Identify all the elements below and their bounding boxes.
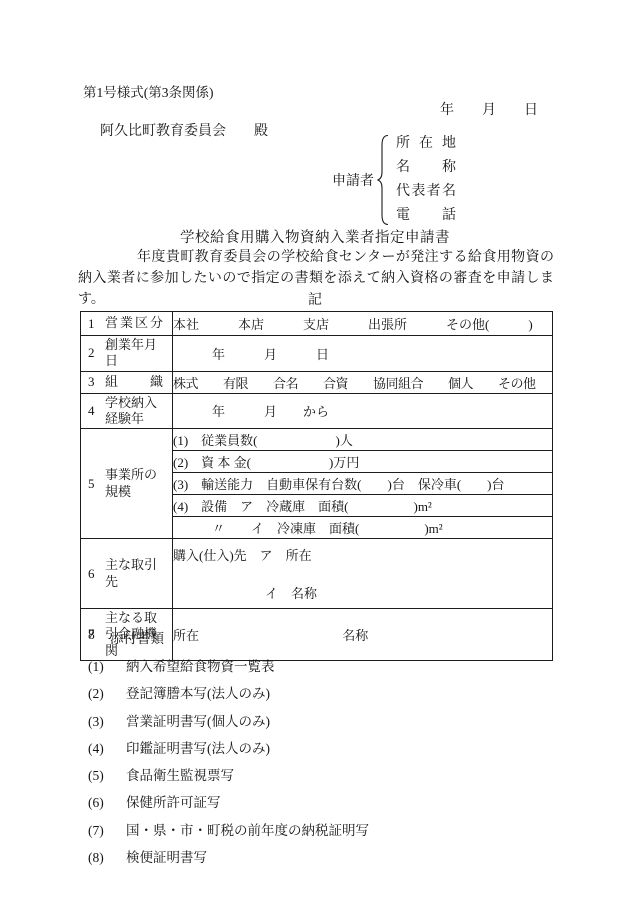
sub-row-value: (1) 従業員数( )人: [173, 429, 553, 451]
attachment-text: 国・県・市・町税の前年度の納税証明写: [126, 824, 369, 838]
attachment-item: (6) 保健所許可証写: [88, 796, 369, 810]
row-number: 2: [88, 345, 105, 361]
attachment-text: 営業証明書写(個人のみ): [126, 715, 270, 729]
row-label: 創業年月日: [105, 337, 169, 370]
attachment-item: (1) 納入希望給食物資一覧表: [88, 660, 369, 674]
row-label: 主な取引先: [105, 557, 169, 590]
table-row: 2 創業年月日 年 月 日: [81, 336, 553, 372]
attachment-item: (8) 検便証明書写: [88, 851, 369, 865]
addressee: 阿久比町教育委員会 殿: [100, 120, 268, 140]
sub-row-value: (3) 輸送能力 自動車保有台数( )台 保冷車( )台: [173, 473, 553, 495]
attachment-text: 登記簿謄本写(法人のみ): [126, 687, 270, 701]
purchase-source-line1: 購入(仕入)先 ア 所在: [173, 545, 552, 564]
table-row: 6 主な取引先 購入(仕入)先 ア 所在 イ 名称: [81, 539, 553, 609]
attachments-section: 8 添付書類 (1) 納入希望給食物資一覧表 (2) 登記簿謄本写(法人のみ) …: [88, 627, 369, 865]
form-code: 第1号様式(第3条関係): [83, 81, 214, 101]
ki-heading: 記: [0, 289, 630, 309]
row-label: 組織: [105, 374, 169, 390]
row-number: 3: [88, 374, 105, 390]
row-value: 株式 有限 合名 合資 協同組合 個人 その他: [173, 371, 553, 393]
attachment-number: (1): [88, 660, 126, 674]
row-number: 4: [88, 403, 105, 419]
row-value: 購入(仕入)先 ア 所在 イ 名称: [173, 539, 553, 609]
purchase-source-line2: イ 名称: [265, 583, 552, 602]
attachment-text: 印鑑証明書写(法人のみ): [126, 742, 270, 756]
row-value: 年 月 日: [173, 336, 553, 372]
attachment-text: 食品衛生監視票写: [126, 769, 234, 783]
form-document-page: 第1号様式(第3条関係) 年 月 日 阿久比町教育委員会 殿 申請者 所在地 名…: [0, 0, 630, 903]
document-title: 学校給食用購入物資納入業者指定申請書: [0, 226, 630, 247]
row-label: 事業所の規模: [105, 467, 169, 500]
sub-row-value: 〃 イ 冷凍庫 面積( )m²: [173, 517, 553, 539]
attachment-number: (3): [88, 715, 126, 729]
applicant-block: 申請者 所在地 名称 代表者名 電話: [332, 134, 456, 226]
attachment-item: (3) 営業証明書写(個人のみ): [88, 715, 369, 729]
attachments-heading-number: 8: [88, 627, 110, 647]
table-row: 1 営業区分 本社 本店 支店 出張所 その他( ): [81, 312, 553, 336]
attachment-number: (2): [88, 687, 126, 701]
attachment-number: (7): [88, 824, 126, 838]
row-value: 年 月 から: [173, 393, 553, 429]
applicant-field-phone: 電話: [396, 209, 456, 223]
attachment-item: (4) 印鑑証明書写(法人のみ): [88, 742, 369, 756]
row-number: 1: [88, 316, 105, 332]
attachment-item: (2) 登記簿謄本写(法人のみ): [88, 687, 369, 701]
attachment-number: (4): [88, 742, 126, 756]
sub-row-value: (4) 設備 ア 冷蔵庫 面積( )m²: [173, 495, 553, 517]
attachment-item: (5) 食品衛生監視票写: [88, 769, 369, 783]
attachment-number: (6): [88, 796, 126, 810]
attachments-heading-label: 添付書類: [110, 627, 164, 647]
attachments-heading: 8 添付書類: [88, 627, 369, 647]
row-label: 学校納入経験年: [105, 395, 169, 428]
table-row: 4 学校納入経験年 年 月 から: [81, 393, 553, 429]
application-table: 1 営業区分 本社 本店 支店 出張所 その他( ) 2 創業年月日 年 月 日…: [80, 311, 553, 661]
attachment-number: (8): [88, 851, 126, 865]
date-line: 年 月 日: [440, 99, 538, 119]
row-label: 営業区分: [105, 315, 169, 331]
applicant-fields: 所在地 名称 代表者名 電話: [396, 136, 456, 224]
attachment-text: 納入希望給食物資一覧表: [126, 660, 275, 674]
row-value: 本社 本店 支店 出張所 その他( ): [173, 312, 553, 336]
attachment-text: 保健所許可証写: [126, 796, 221, 810]
attachment-item: (7) 国・県・市・町税の前年度の納税証明写: [88, 824, 369, 838]
sub-row-value: (2) 資 本 金( )万円: [173, 451, 553, 473]
attachment-number: (5): [88, 769, 126, 783]
applicant-field-address: 所在地: [396, 137, 456, 151]
curly-brace-icon: [376, 134, 390, 226]
table-row: 5 事業所の規模 (1) 従業員数( )人: [81, 429, 553, 451]
applicant-field-representative: 代表者名: [396, 185, 456, 199]
row-number: 6: [88, 566, 105, 582]
row-number: 5: [88, 476, 105, 492]
attachment-text: 検便証明書写: [126, 851, 207, 865]
table-row: 3 組織 株式 有限 合名 合資 協同組合 個人 その他: [81, 371, 553, 393]
applicant-field-name: 名称: [396, 161, 456, 175]
applicant-label: 申請者: [332, 170, 374, 190]
